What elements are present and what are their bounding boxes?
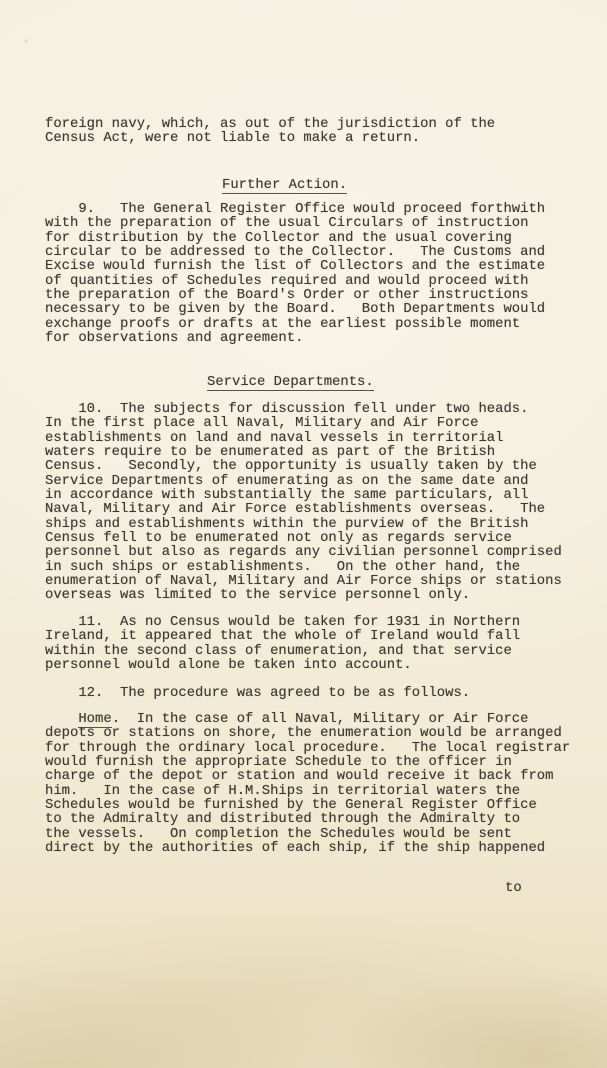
home-paragraph-lines: depots or stations on shore, the enumera… (45, 726, 570, 855)
catchword: to (505, 881, 522, 895)
heading-service-departments-text: Service Departments. (207, 374, 374, 391)
paragraph-12: 12. The procedure was agreed to be as fo… (45, 686, 470, 700)
heading-further-action-text: Further Action. (222, 177, 347, 194)
paragraph-9: 9. The General Register Office would pro… (45, 202, 545, 345)
intro-paragraph: foreign navy, which, as out of the juris… (45, 117, 495, 146)
paragraph-home: Home. In the case of all Naval, Military… (45, 712, 570, 855)
paragraph-10: 10. The subjects for discussion fell und… (45, 402, 562, 603)
heading-service-departments: Service Departments. (207, 372, 374, 390)
paragraph-11: 11. As no Census would be taken for 1931… (45, 615, 520, 672)
document-page: foreign navy, which, as out of the juris… (0, 0, 607, 1068)
paragraph-10-lines: 10. The subjects for discussion fell und… (45, 402, 562, 603)
heading-further-action: Further Action. (222, 175, 347, 193)
